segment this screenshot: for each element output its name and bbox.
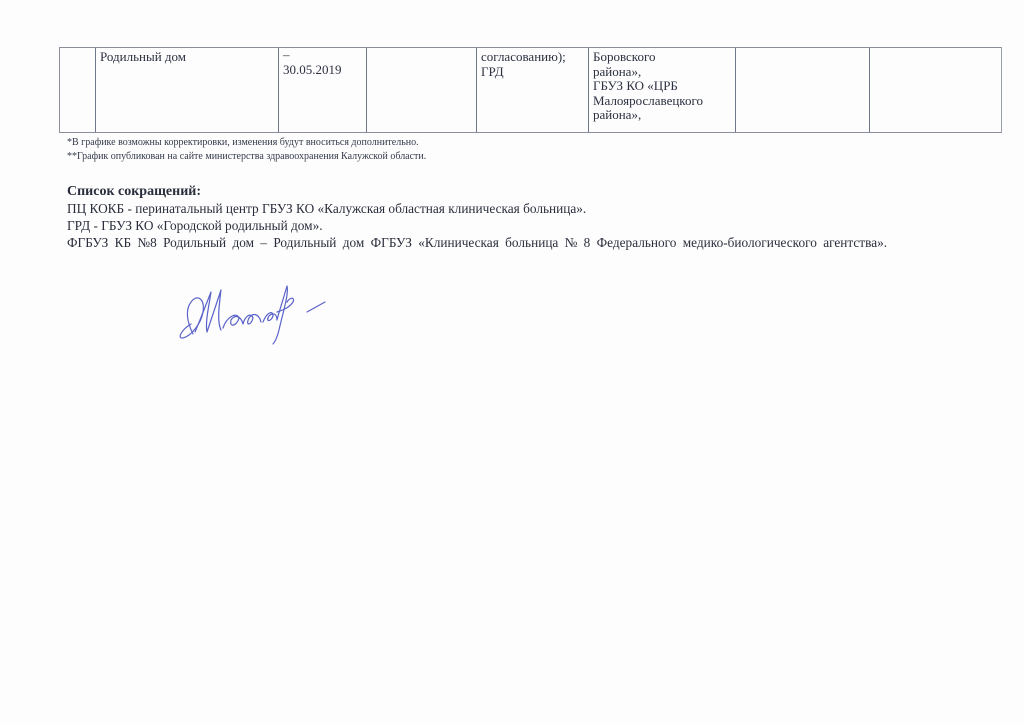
table-cell-number [60,48,95,132]
abbreviation-item: ФГБУЗ КБ №8 Родильный дом – Родильный до… [67,234,980,251]
footnote-2: **График опубликован на сайте министерст… [67,150,426,164]
footnote-1: *В графике возможны корректировки, измен… [67,136,426,150]
abbreviations-title: Список сокращений: [67,183,980,200]
table-cell-empty-3 [869,48,1002,132]
table-cell-participants: Боровского района», ГБУЗ КО «ЦРБ Малояро… [588,48,735,132]
table-cell-coordination: согласованию); ГРД [476,48,588,132]
abbreviation-item: ПЦ КОКБ - перинатальный центр ГБУЗ КО «К… [67,200,980,217]
table-cell-empty-2 [735,48,869,132]
abbreviation-item: ГРД - ГБУЗ КО «Городской родильный дом». [67,217,980,234]
table-cell-institution: Родильный дом [95,48,278,132]
footnotes: *В графике возможны корректировки, измен… [67,136,426,164]
abbreviations-section: Список сокращений: ПЦ КОКБ - перинатальн… [67,183,980,251]
schedule-table: Родильный дом – 30.05.2019 согласованию)… [59,47,1002,133]
table-cell-empty-1 [366,48,476,132]
table-cell-date: – 30.05.2019 [278,48,366,132]
signature-icon [165,272,365,352]
